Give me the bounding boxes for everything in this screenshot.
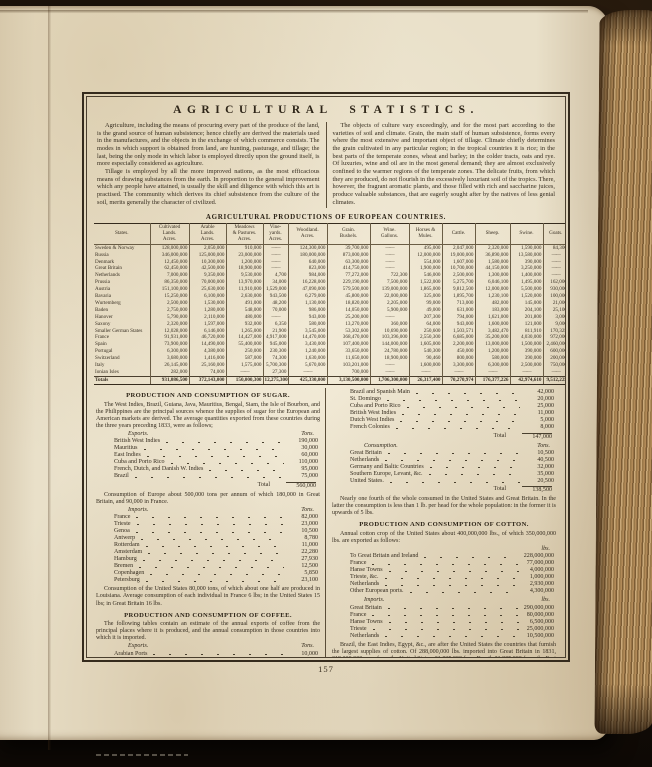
cell-value: 713,000 — [442, 300, 475, 307]
table-row: Sweden & Norway128,000,0002,050,000910,0… — [94, 244, 566, 251]
cell-value: 495,000 — [409, 244, 442, 251]
state-name: Austria — [94, 286, 150, 293]
cell-value: 62,450,000 — [150, 265, 189, 272]
state-name: Great Britain — [94, 265, 150, 272]
intro-columns: Agriculture, including the means of proc… — [94, 122, 558, 208]
table-row: Austria151,100,00025,630,00011,910,0001,… — [94, 286, 566, 293]
item-value: 110,000 — [288, 459, 318, 466]
item-label: France — [114, 514, 130, 521]
cell-value: 1,240,000 — [288, 348, 327, 355]
list-item: Germany and Baltic Countries32,000 — [342, 464, 554, 471]
cell-value: —— — [475, 369, 510, 376]
list-item: Netherlands40,500 — [342, 457, 554, 464]
cell-value: 1,895,700 — [442, 293, 475, 300]
list-item: Brazil and Spanish Main42,000 — [342, 389, 554, 396]
column-header: Wine. Gallons. — [370, 224, 409, 244]
state-name: Portugal — [94, 348, 150, 355]
item-value: 35,000 — [524, 471, 554, 478]
cell-value: 346,000,000 — [150, 252, 189, 259]
cell-value: 482,000 — [475, 300, 510, 307]
item-value: 20,500 — [524, 478, 554, 485]
cell-value: 99,000 — [409, 300, 442, 307]
cell-value: —— — [263, 252, 288, 259]
cell-value: —— — [370, 369, 409, 376]
state-name: Baden — [94, 307, 150, 314]
item-value: 95,000 — [288, 466, 318, 473]
table-row: Hanover5,790,0002,110,000480,000——943,00… — [94, 314, 566, 321]
state-name: Russia — [94, 252, 150, 259]
table-row: Italy26,145,00025,160,0001,575,0005,700,… — [94, 362, 566, 369]
list-item: Genoa10,500 — [106, 528, 318, 535]
cell-value: 4,917,000 — [263, 334, 288, 341]
cell-value: —— — [263, 265, 288, 272]
cell-value: 13,270,000 — [327, 321, 370, 328]
list-item: Amsterdam22,280 — [106, 549, 318, 556]
cell-value: 1,621,000 — [475, 314, 510, 321]
euro-table-body: Sweden & Norway128,000,0002,050,000910,0… — [94, 244, 566, 376]
table-row: Switzerland3,680,0001,416,000587,00074,3… — [94, 355, 566, 362]
cell-value: 10,700,000 — [442, 265, 475, 272]
cell-value: 14,490,000 — [189, 341, 226, 348]
item-value: 10,500 — [288, 528, 318, 535]
sugar-coffee-column: PRODUCTION AND CONSUMPTION OF SUGAR. The… — [94, 388, 325, 658]
cell-value: 1,500,000 — [510, 341, 543, 348]
cell-value: 1,529,000 — [263, 286, 288, 293]
dash-leader — [383, 457, 520, 463]
list-header: Exports.Tons. — [106, 643, 318, 650]
list-header-unit: lbs. — [541, 546, 550, 553]
cell-value: 548,000 — [226, 307, 263, 314]
item-label: Dutch West Indies — [350, 417, 394, 424]
table-row: Russia346,000,000125,000,00023,000,000——… — [94, 252, 566, 259]
cell-value: 579,500,000 — [327, 286, 370, 293]
cell-value: 26,145,000 — [150, 362, 189, 369]
cell-value: 24,780,000 — [370, 348, 409, 355]
cell-value: 12,450,000 — [150, 259, 189, 266]
cell-value: 1,300,000 — [475, 272, 510, 279]
table-row: Portugal6,300,0004,380,000250,000230,300… — [94, 348, 566, 355]
cell-value: 2,205,000 — [370, 300, 409, 307]
list-item: Cuba and Porto Rico25,000 — [342, 403, 554, 410]
item-value: 1,000,000 — [524, 574, 554, 581]
list-item: Hamburg27,930 — [106, 556, 318, 563]
cell-value: 823,000 — [288, 265, 327, 272]
dash-leader — [207, 467, 284, 473]
cell-value: 1,600,000 — [409, 362, 442, 369]
total-value: 26,317,400 — [409, 376, 442, 384]
total-label: Total — [258, 482, 270, 490]
cell-value: 77,272,000 — [327, 272, 370, 279]
table-row: Netherlands7,000,0009,350,0009,530,0004,… — [94, 272, 566, 279]
corner-credit-smudge — [96, 754, 188, 756]
cell-value: 16,228,000 — [288, 279, 327, 286]
table-row: Saxony2,320,0001,597,000932,0006,350580,… — [94, 321, 566, 328]
cell-value: 491,000 — [226, 300, 263, 307]
list-total: Total138,500 — [342, 486, 554, 494]
printed-frame: AGRICULTURAL STATISTICS. Agriculture, in… — [82, 92, 570, 662]
item-value: 10,000 — [288, 651, 318, 658]
euro-table-header-row: States.Cultivated Lands. Acres.Arable La… — [94, 224, 566, 244]
item-value: 8,000 — [524, 424, 554, 431]
cell-value: 12,000,000 — [475, 286, 510, 293]
cell-value: 2,750,000 — [150, 307, 189, 314]
cell-value: 6,350 — [263, 321, 288, 328]
dash-leader — [135, 521, 284, 527]
dash-leader — [428, 464, 520, 470]
intro-left-column: Agriculture, including the means of proc… — [94, 122, 326, 208]
cell-value: 6,685,000 — [442, 334, 475, 341]
cell-value: —— — [543, 259, 566, 266]
cell-value: 1,530,000 — [189, 300, 226, 307]
cell-value: 1,600,000 — [475, 321, 510, 328]
cotton-section-heading: PRODUCTION AND CONSUMPTION OF COTTON. — [332, 521, 556, 529]
cell-value: —— — [510, 369, 543, 376]
cell-value: 2,320,000 — [475, 244, 510, 251]
cell-value: 600,000 — [543, 348, 566, 355]
cell-value: 86,350,000 — [150, 279, 189, 286]
item-value: 32,000 — [524, 464, 554, 471]
dash-leader — [148, 571, 284, 577]
item-label: Cuba and Porto Rico — [114, 459, 165, 466]
page-gutter-crease — [48, 6, 51, 750]
sugar-intro: The West Indies, Brazil, Guiana, Java, M… — [96, 402, 320, 430]
cell-value: 2,320,000 — [150, 321, 189, 328]
cell-value: 2,200,000 — [442, 341, 475, 348]
dash-leader — [387, 619, 520, 625]
sugar-section-heading: PRODUCTION AND CONSUMPTION OF SUGAR. — [96, 392, 320, 400]
cell-value: 204,100 — [510, 307, 543, 314]
cell-value: 390,000 — [510, 355, 543, 362]
item-value: 75,000 — [288, 473, 318, 480]
cell-value: 1,597,000 — [189, 321, 226, 328]
cell-value: 1,280,000 — [189, 307, 226, 314]
cell-value: 580,000 — [288, 321, 327, 328]
item-value: 2,930,000 — [524, 581, 554, 588]
cotton-intro: Annual cotton crop of the United States … — [332, 531, 556, 545]
dash-leader — [383, 582, 520, 588]
list-header-unit: Tons. — [301, 643, 314, 650]
cell-value: 282,000 — [150, 369, 189, 376]
cell-value: 5,670,000 — [288, 362, 327, 369]
cell-value: —— — [543, 252, 566, 259]
cell-value: 47,090,000 — [288, 286, 327, 293]
cell-value: —— — [370, 259, 409, 266]
cell-value: 10,300,000 — [189, 259, 226, 266]
cell-value: 1,605,000 — [409, 341, 442, 348]
cell-value: 42,500,000 — [189, 265, 226, 272]
total-value: 9,512,225 — [543, 376, 566, 384]
cell-value: 11,910,000 — [226, 286, 263, 293]
item-value: 10,500,000 — [524, 633, 554, 640]
list-item: Brazil75,000 — [106, 473, 318, 480]
table-row: Bavaria15,250,0006,100,0002,630,000943,5… — [94, 293, 566, 300]
item-label: Rotterdam — [114, 542, 140, 549]
dash-leader — [371, 626, 520, 632]
list-header-label: Exports. — [128, 643, 148, 650]
cell-value: 1,590,000 — [510, 244, 543, 251]
cell-value: 103,396,000 — [370, 334, 409, 341]
dash-leader — [169, 460, 284, 466]
cell-value: 90,460 — [409, 355, 442, 362]
cell-value: 986,000 — [288, 307, 327, 314]
item-value: 80,000,000 — [524, 612, 554, 619]
cell-value: 128,000,000 — [150, 244, 189, 251]
column-header: Goats. — [543, 224, 566, 244]
cell-value: 4,380,000 — [189, 348, 226, 355]
item-value: 11,000 — [524, 410, 554, 417]
item-label: Arabian Ports — [114, 651, 147, 658]
cell-value: 139,000,000 — [370, 286, 409, 293]
dash-leader — [133, 474, 284, 480]
cell-value: 3,300,000 — [442, 362, 475, 369]
cell-value: 1,520,000 — [510, 293, 543, 300]
cell-value: 4,700 — [263, 272, 288, 279]
column-header: Meadows & Pastures. Acres. — [226, 224, 263, 244]
cell-value: 1,416,000 — [189, 355, 226, 362]
item-label: British West Indies — [114, 438, 160, 445]
cell-value: 1,522,000 — [409, 279, 442, 286]
state-name: Saxony — [94, 321, 150, 328]
dash-leader — [164, 439, 284, 445]
state-name: Switzerland — [94, 355, 150, 362]
cotton-imports-list: Imports.lbs.Great Britain290,000,000Fran… — [342, 597, 554, 639]
cell-value: 14,050,000 — [327, 307, 370, 314]
dash-leader — [394, 425, 520, 431]
cell-value: 3,545,000 — [288, 328, 327, 335]
cell-value: 972,000 — [543, 334, 566, 341]
dash-leader — [387, 568, 520, 574]
item-value: 6,500,000 — [524, 619, 554, 626]
cell-value: 943,000 — [442, 321, 475, 328]
cell-value: 180,000,000 — [288, 252, 327, 259]
cell-value: 91,931,000 — [150, 334, 189, 341]
column-header: Arable Lands. Acres. — [189, 224, 226, 244]
total-value: 138,500 — [522, 486, 552, 494]
cell-value: 100,000 — [543, 293, 566, 300]
cell-value: 6,300,000 — [475, 362, 510, 369]
list-item: French Colonies8,000 — [342, 424, 554, 431]
cell-value: 631,000 — [442, 307, 475, 314]
cell-value: 1,900,000 — [409, 265, 442, 272]
cell-value: 3,430,000 — [288, 341, 327, 348]
column-header: Vine- yards. Acres. — [263, 224, 288, 244]
cell-value: 540,300 — [409, 348, 442, 355]
cell-value: 14,470,000 — [288, 334, 327, 341]
dash-leader — [398, 418, 520, 424]
list-item: Copenhagen5,850 — [106, 570, 318, 577]
cell-value: 722,300 — [370, 272, 409, 279]
dash-leader — [139, 535, 284, 541]
cell-value: 125,000,000 — [189, 252, 226, 259]
cell-value: 200,000 — [543, 355, 566, 362]
item-label: Antwerp — [114, 535, 135, 542]
cell-value: 2,500,000 — [150, 300, 189, 307]
commodity-sections: PRODUCTION AND CONSUMPTION OF SUGAR. The… — [94, 388, 558, 658]
state-name: Ionian Isles — [94, 369, 150, 376]
item-value: 4,000,000 — [524, 567, 554, 574]
list-item: Antwerp8,780 — [106, 535, 318, 542]
item-value: 60,000 — [288, 452, 318, 459]
list-item: France80,000,000 — [342, 612, 554, 619]
cell-value: 1,130,000 — [288, 300, 327, 307]
dash-leader — [408, 589, 520, 595]
cell-value: 39,700,000 — [327, 244, 370, 251]
cell-value: 9,812,500 — [442, 286, 475, 293]
cell-value: 11,650,000 — [327, 355, 370, 362]
item-label: Germany and Baltic Countries — [350, 464, 424, 471]
cell-value: —— — [543, 369, 566, 376]
list-item: Hanse Towns6,500,000 — [342, 619, 554, 626]
list-item: British West Indies11,000 — [342, 410, 554, 417]
cell-value: 23,000,000 — [226, 252, 263, 259]
cell-value: 587,000 — [226, 355, 263, 362]
cell-value: 5,790,000 — [150, 314, 189, 321]
item-value: 77,000,000 — [524, 560, 554, 567]
cell-value: 5,900,000 — [370, 307, 409, 314]
dash-leader — [383, 633, 520, 639]
cell-value: 700,000 — [327, 369, 370, 376]
cell-value: —— — [370, 252, 409, 259]
state-name: Wurtemberg — [94, 300, 150, 307]
item-label: Genoa — [114, 528, 130, 535]
euro-table-total-row: Totals931,086,500372,143,000150,000,3001… — [94, 376, 566, 384]
column-header: States. — [94, 224, 150, 244]
cell-value: 145,000 — [510, 300, 543, 307]
item-label: British West Indies — [350, 410, 396, 417]
state-name: Netherlands — [94, 272, 150, 279]
cell-value: —— — [370, 362, 409, 369]
cell-value: 1,200,000 — [226, 259, 263, 266]
item-value: 10,500 — [524, 450, 554, 457]
dash-leader — [400, 411, 520, 417]
book-page: AGRICULTURAL STATISTICS. Agriculture, in… — [0, 6, 610, 740]
list-header-label: Consumption. — [364, 443, 398, 450]
cell-value: 930,000 — [543, 286, 566, 293]
item-value: 25,000,000 — [524, 626, 554, 633]
list-item: British West Indies190,000 — [106, 438, 318, 445]
item-label: Cuba and Porto Rico — [350, 403, 401, 410]
frame-inner-rule: AGRICULTURAL STATISTICS. Agriculture, in… — [86, 96, 566, 658]
cell-value: 18,900,000 — [370, 355, 409, 362]
coffee-section-heading: PRODUCTION AND CONSUMPTION OF COFFEE. — [96, 612, 320, 620]
column-header: Horses & Mules. — [409, 224, 442, 244]
total-label: Total — [494, 486, 506, 494]
cell-value: 74,300 — [263, 355, 288, 362]
cell-value: —— — [370, 265, 409, 272]
cell-value: 14,427,000 — [226, 334, 263, 341]
item-value: 25,000 — [524, 403, 554, 410]
dash-leader — [137, 564, 284, 570]
item-value: 30,000 — [288, 445, 318, 452]
total-value: 1,706,300,000 — [370, 376, 409, 384]
dash-leader — [370, 561, 520, 567]
item-label: Great Britain — [350, 450, 382, 457]
cell-value: 554,000 — [409, 259, 442, 266]
cell-value: 21,000 — [543, 300, 566, 307]
cell-value: 368,470,000 — [327, 334, 370, 341]
cell-value: —— — [409, 369, 442, 376]
cell-value: 73,900,000 — [150, 341, 189, 348]
item-label: Brazil and Spanish Main — [350, 389, 410, 396]
item-value: 11,000 — [288, 542, 318, 549]
table-row: Smaller German States12,028,0006,146,000… — [94, 328, 566, 335]
cell-value: 325,000 — [409, 293, 442, 300]
dash-leader — [414, 390, 520, 396]
cell-value: —— — [370, 244, 409, 251]
cell-value: —— — [370, 314, 409, 321]
list-item: Hanse Towns4,000,000 — [342, 567, 554, 574]
coffee-note: Nearly one fourth of the whole consumed … — [332, 496, 556, 517]
cell-value: 9,000 — [543, 321, 566, 328]
cell-value: 22,000,000 — [370, 293, 409, 300]
item-label: Trieste, &c. — [350, 574, 379, 581]
column-header: Swine. — [510, 224, 543, 244]
table-row: Spain73,900,00014,490,00055,400,000945,0… — [94, 341, 566, 348]
dash-leader — [141, 557, 284, 563]
cell-value: 19,000,000 — [442, 252, 475, 259]
cell-value: —— — [543, 265, 566, 272]
totals-label: Totals — [94, 376, 150, 384]
list-item: Dutch West Indies5,000 — [342, 417, 554, 424]
total-value: 147,000 — [522, 433, 552, 441]
cell-value: 2,500,000 — [510, 362, 543, 369]
item-label: East Indies — [114, 452, 141, 459]
cell-value: 3,250,000 — [510, 265, 543, 272]
item-value: 290,000,000 — [524, 605, 554, 612]
state-name: France — [94, 334, 150, 341]
cell-value: 1,495,000 — [510, 279, 543, 286]
cell-value: 1,630,000 — [288, 355, 327, 362]
cell-value: 25,630,000 — [189, 286, 226, 293]
table-row: Wurtemberg2,500,0001,530,000491,00048,20… — [94, 300, 566, 307]
list-item: Petersburg23,100 — [106, 577, 318, 584]
cell-value: 811,910 — [510, 328, 543, 335]
coffee-intro: The following tables contain an estimate… — [96, 621, 320, 642]
list-header: Imports.Tons. — [106, 507, 318, 514]
cell-value: 144,000,000 — [370, 341, 409, 348]
cell-value: 1,265,000 — [226, 328, 263, 335]
state-name: Hanover — [94, 314, 150, 321]
total-value: 12,275,300 — [263, 376, 288, 384]
item-label: Amsterdam — [114, 549, 142, 556]
cell-value: 64,000 — [409, 321, 442, 328]
cell-value: —— — [442, 369, 475, 376]
cell-value: 450,000 — [442, 348, 475, 355]
item-label: Netherlands — [350, 581, 379, 588]
coffee-cotton-column: Brazil and Spanish Main42,000St. Domingo… — [325, 388, 558, 658]
cell-value: 6,279,000 — [288, 293, 327, 300]
cotton-exports-list: lbs.To Great Britain and Ireland228,000,… — [342, 546, 554, 595]
cell-value: 124,300,000 — [288, 244, 327, 251]
cell-value: 121,000 — [510, 321, 543, 328]
intro-paragraph: The objects of culture vary exceedingly,… — [333, 122, 556, 206]
state-name: Bavaria — [94, 293, 150, 300]
cell-value: 55,400,000 — [226, 341, 263, 348]
table-row: Denmark12,450,00010,300,0001,200,000——64… — [94, 259, 566, 266]
dash-leader — [134, 528, 284, 534]
cell-value: 103,201,000 — [327, 362, 370, 369]
item-value: 82,000 — [288, 514, 318, 521]
list-header: Imports.lbs. — [342, 597, 554, 604]
cell-value: 6,300,000 — [150, 348, 189, 355]
total-value: 42,974,610 — [510, 376, 543, 384]
list-total: Total147,000 — [342, 433, 554, 441]
cell-value: 1,400,000 — [510, 272, 543, 279]
cell-value: 546,000 — [409, 272, 442, 279]
list-item: East Indies60,000 — [106, 452, 318, 459]
list-header-unit: lbs. — [541, 597, 550, 604]
sugar-imports-list: Imports.Tons.France82,000Trieste23,000Ge… — [106, 507, 318, 585]
